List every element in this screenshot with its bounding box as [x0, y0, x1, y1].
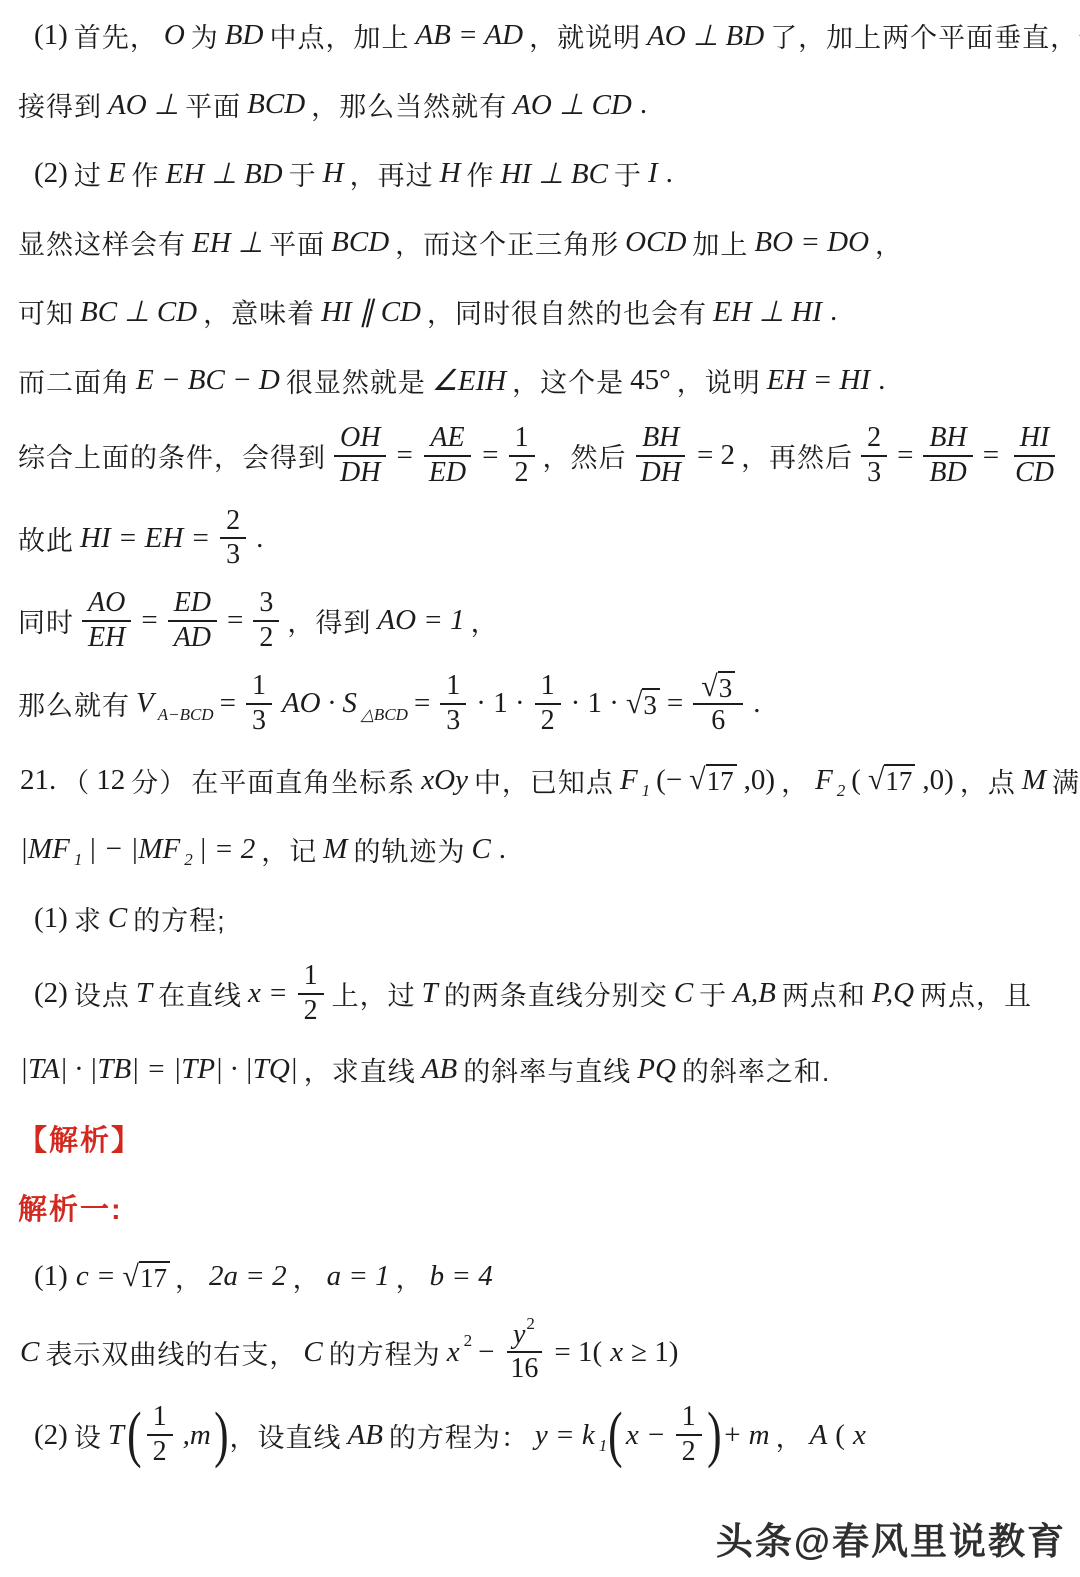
line-proof-2d: 而二面角E − BC − D很显然就是∠EIH，这个是45°，说明EH = HI… — [16, 353, 1060, 407]
math-segment: I — [648, 157, 658, 190]
text-segment: 的轨迹为 — [353, 830, 465, 869]
math-segment: m — [749, 1419, 770, 1452]
math-segment: 2a = 2 — [209, 1260, 287, 1293]
math-segment: |MF — [20, 833, 70, 866]
math-segment: T — [422, 977, 438, 1010]
math-segment: a = 1 — [327, 1260, 390, 1293]
line-proof-2g: 同时AOEH=EDAD=32，得到AO = 1， — [16, 587, 1060, 655]
radical-sign-icon: √ — [689, 764, 705, 796]
math-segment: 1 — [153, 1402, 167, 1433]
text-segment: 为 — [191, 16, 219, 55]
line-proof-1a: (1)首先，O为BD中点，加上AB = AD，就说明AO ⊥ BD了，加上两个平… — [16, 8, 1060, 62]
math-segment: HI = EH = — [80, 522, 210, 555]
math-segment: OH — [340, 423, 380, 454]
fraction-denominator: 2 — [509, 457, 535, 490]
math-segment: 2 — [541, 706, 555, 737]
math-subscript: 1 — [642, 781, 651, 801]
fraction-numerator: HI — [1014, 422, 1056, 457]
text-segment: 的斜率之和. — [682, 1050, 831, 1089]
text-segment: 故此 — [18, 519, 74, 558]
math-segment: DH — [641, 458, 681, 489]
math-segment: 1 — [446, 671, 460, 702]
big-paren: ( — [608, 1409, 622, 1462]
fraction-numerator: 3 — [253, 587, 279, 622]
text-segment: 中，已知点 — [474, 761, 614, 800]
math-segment: (1) — [34, 902, 68, 935]
text-segment: 【解析】 — [18, 1118, 142, 1159]
text-segment: 的方程; — [133, 899, 226, 938]
math-segment: BD — [929, 458, 966, 489]
fraction-denominator: 3 — [220, 539, 246, 572]
fraction-numerator: y2 — [507, 1319, 542, 1354]
text-segment: 加上 — [692, 223, 748, 262]
math-segment: . — [256, 522, 263, 555]
fraction-denominator: 6 — [705, 705, 731, 738]
fraction-numerator: √3 — [693, 670, 743, 706]
math-segment: . — [640, 88, 647, 121]
math-segment: 3 — [867, 458, 881, 489]
math-segment: AD — [174, 623, 211, 654]
text-segment: 平面 — [185, 85, 241, 124]
math-segment: 2 — [259, 623, 273, 654]
text-segment: 解析一: — [18, 1187, 123, 1228]
math-segment: T — [108, 1419, 124, 1452]
text-segment: 表示双曲线的右支， — [45, 1333, 297, 1372]
math-segment: . — [830, 295, 837, 328]
text-segment: 同时 — [18, 601, 74, 640]
math-segment: xOy — [421, 764, 468, 797]
math-segment: ≥ 1) — [631, 1336, 678, 1369]
text-segment: 的斜率与直线 — [463, 1050, 631, 1089]
text-segment: 首先， — [74, 16, 158, 55]
text-segment: 了，加上两个平面垂直，会直 — [770, 16, 1080, 55]
line-proof-2h: 那么就有VA−BCD=13AO · S△BCD=13· 1 ·12· 1 ·√3… — [16, 670, 1060, 738]
fraction: OHDH — [334, 422, 386, 490]
radical-sign-icon: √ — [123, 1261, 139, 1293]
math-segment: OCD — [625, 226, 686, 259]
fraction: 12 — [535, 670, 561, 738]
math-segment: 45° — [630, 364, 671, 397]
math-segment: F — [815, 764, 833, 797]
watermark: 头条@春风里说教育 — [716, 1511, 1066, 1565]
math-segment: = — [220, 687, 236, 720]
math-segment: BC ⊥ CD — [80, 294, 197, 329]
math-segment: 3 — [259, 588, 273, 619]
math-segment: y = k — [535, 1419, 595, 1452]
math-segment: · 1 · — [476, 687, 524, 720]
text-segment: ，再然后 — [741, 436, 853, 475]
math-segment: AO · S — [282, 687, 357, 720]
math-segment: 2 — [304, 996, 318, 1027]
text-segment: 的方程为 — [329, 1333, 441, 1372]
math-segment: 1 — [304, 961, 318, 992]
fraction-denominator: 2 — [253, 622, 279, 655]
math-segment: BD — [225, 19, 264, 52]
line-q21-part1: (1)求C的方程; — [16, 891, 1060, 945]
text-segment: ，这个是 — [512, 361, 624, 400]
math-segment: 2 — [682, 1437, 696, 1468]
math-segment: M — [323, 833, 347, 866]
fraction-numerator: 2 — [220, 505, 246, 540]
text-segment: 于 — [289, 154, 317, 193]
line-q21-part2a: (2)设点T在直线x =12上，过T的两条直线分别交C于A,B两点和P,Q两点，… — [16, 960, 1060, 1028]
math-segment: 3 — [446, 706, 460, 737]
math-segment: 12 — [96, 764, 125, 797]
fraction: 13 — [440, 670, 466, 738]
text-segment: 作 — [132, 154, 160, 193]
math-segment: H — [323, 157, 344, 190]
text-segment: ，点 — [960, 761, 1016, 800]
text-segment: 在直线 — [158, 974, 242, 1013]
fraction: EDAD — [168, 587, 217, 655]
math-segment: x — [447, 1336, 460, 1369]
math-segment: ED — [174, 588, 211, 619]
fraction: AOEH — [82, 587, 131, 655]
text-segment: 那么就有 — [18, 684, 130, 723]
math-subscript: 2 — [184, 850, 193, 870]
math-segment: 2 — [226, 506, 240, 537]
math-segment: C — [303, 1336, 322, 1369]
math-segment: 2 — [153, 1437, 167, 1468]
fraction-numerator: AO — [82, 587, 131, 622]
fraction-numerator: BH — [636, 422, 685, 457]
math-segment: AB — [347, 1419, 382, 1452]
fraction-numerator: 1 — [676, 1401, 702, 1436]
math-segment: · 1 · — [571, 687, 619, 720]
radicand: 17 — [884, 764, 915, 795]
math-segment: AO = 1 — [377, 604, 464, 637]
math-segment: = 1( — [554, 1336, 602, 1369]
math-segment: (2) — [34, 977, 68, 1010]
fraction-numerator: AE — [424, 422, 470, 457]
math-segment: E − BC − D — [136, 364, 280, 397]
math-segment: BO = DO — [754, 226, 869, 259]
math-segment: C — [108, 902, 127, 935]
line-q21-stem-a: 21.（12分）在平面直角坐标系xOy中，已知点F1(−√17,0)，F2(√1… — [16, 753, 1060, 807]
math-segment: . — [878, 364, 885, 397]
text-segment: ，得到 — [287, 601, 371, 640]
math-segment: 2 — [867, 423, 881, 454]
fraction-denominator: DH — [635, 457, 687, 490]
text-segment: 很显然就是 — [286, 361, 426, 400]
fraction-denominator: 16 — [504, 1353, 544, 1386]
math-segment: V — [136, 687, 154, 720]
math-segment: ,0) — [744, 764, 775, 797]
math-segment: A — [810, 1419, 828, 1452]
text-segment: ， — [875, 223, 903, 262]
math-segment: (− — [656, 764, 682, 797]
radicand: 3 — [718, 671, 736, 702]
math-segment: (1) — [34, 19, 68, 52]
fraction-numerator: ED — [168, 587, 217, 622]
text-segment: 而二面角 — [18, 361, 130, 400]
line-analysis-header: 【解析】 — [16, 1112, 1060, 1166]
fraction: BHBD — [923, 422, 972, 490]
line-proof-1b: 接得到AO ⊥平面BCD，那么当然就有AO ⊥ CD. — [16, 77, 1060, 131]
radicand: 3 — [642, 688, 660, 719]
fraction-numerator: OH — [334, 422, 386, 457]
math-segment: = — [141, 604, 157, 637]
sqrt-radical: √3 — [701, 671, 735, 703]
math-segment: EH — [88, 623, 125, 654]
line-proof-2e: 综合上面的条件，会得到OHDH=AEED=12，然后BHDH= 2，再然后23=… — [16, 422, 1060, 490]
math-segment: 6 — [711, 706, 725, 737]
text-segment: 设 — [74, 1416, 102, 1455]
fraction-denominator: DH — [334, 457, 386, 490]
fraction-denominator: CD — [1009, 457, 1060, 490]
math-segment: HI ⊥ BC — [501, 156, 608, 191]
math-segment: b = 4 — [430, 1260, 493, 1293]
text-segment: 平面 — [269, 223, 325, 262]
line-q21-stem-b: |MF1| − |MF2| = 2，记M的轨迹为C. — [16, 822, 1060, 876]
text-segment: 的两条直线分别交 — [444, 974, 668, 1013]
text-segment: ，而这个正三角形 — [395, 223, 619, 262]
math-segment: EH = HI — [767, 364, 870, 397]
math-segment: ED — [429, 458, 466, 489]
radicand: 17 — [139, 1261, 170, 1292]
math-subscript: 1 — [599, 1436, 608, 1456]
line-analysis-one: 解析一: — [16, 1181, 1060, 1235]
text-segment: ，求直线 — [304, 1050, 416, 1089]
math-segment: x − — [626, 1419, 666, 1452]
math-segment: AO — [88, 588, 125, 619]
sqrt-radical: √17 — [689, 764, 736, 796]
fraction-denominator: 3 — [861, 457, 887, 490]
math-segment: BCD — [331, 226, 389, 259]
math-subscript: A−BCD — [158, 705, 214, 725]
fraction-denominator: 2 — [298, 995, 324, 1028]
fraction-denominator: 2 — [676, 1436, 702, 1469]
math-segment: BH — [642, 423, 679, 454]
fraction-denominator: 3 — [440, 705, 466, 738]
math-segment: 16 — [510, 1354, 538, 1385]
math-segment: M — [1022, 764, 1046, 797]
math-segment: CD — [1015, 458, 1054, 489]
math-segment: y — [513, 1320, 525, 1351]
math-segment: 1 — [541, 671, 555, 702]
fraction: 12 — [509, 422, 535, 490]
text-segment: 中点，加上 — [269, 16, 409, 55]
text-segment: 显然这样会有 — [18, 223, 186, 262]
math-segment: . — [666, 157, 673, 190]
fraction-numerator: 1 — [440, 670, 466, 705]
math-segment: = — [897, 439, 913, 472]
math-segment: DH — [340, 458, 380, 489]
math-segment: + — [724, 1419, 740, 1452]
text-segment: ，设直线 — [229, 1416, 341, 1455]
math-segment: = — [227, 604, 243, 637]
math-segment: AO ⊥ BD — [647, 18, 764, 53]
line-proof-2c: 可知BC ⊥ CD，意味着HI ∥ CD，同时很自然的也会有EH ⊥ HI. — [16, 284, 1060, 338]
math-segment: C — [471, 833, 490, 866]
math-segment: x = — [248, 977, 288, 1010]
radical-sign-icon: √ — [701, 671, 717, 703]
math-subscript: △BCD — [361, 705, 408, 725]
fraction: AEED — [423, 422, 472, 490]
text-segment: 的方程为： — [389, 1416, 529, 1455]
fraction-denominator: 3 — [246, 705, 272, 738]
fraction: 12 — [676, 1401, 702, 1469]
text-segment: ，再过 — [350, 154, 434, 193]
text-segment: ， — [396, 1257, 424, 1296]
big-paren: ) — [214, 1409, 228, 1462]
text-segment: 上，过 — [332, 974, 416, 1013]
fraction-numerator: 1 — [147, 1401, 173, 1436]
math-segment: AB = AD — [415, 19, 523, 52]
math-segment: HI — [1020, 423, 1050, 454]
radical-sign-icon: √ — [626, 688, 642, 720]
math-segment: EH ⊥ BD — [166, 156, 283, 191]
fraction: 12 — [298, 960, 324, 1028]
text-segment: ， — [293, 1257, 321, 1296]
text-segment: 两点，且 — [920, 974, 1032, 1013]
text-segment: 满足 — [1052, 761, 1080, 800]
sqrt-radical: √17 — [123, 1261, 170, 1293]
math-segment: − — [478, 1336, 494, 1369]
big-paren: ) — [707, 1409, 721, 1462]
fraction: HICD — [1009, 422, 1060, 490]
math-segment: A,B — [733, 977, 776, 1010]
math-segment: T — [136, 977, 152, 1010]
math-segment: (1) — [34, 1260, 68, 1293]
math-segment: (2) — [34, 157, 68, 190]
math-segment: c = — [76, 1260, 116, 1293]
math-segment: ( — [835, 1419, 845, 1452]
text-segment: ，同时很自然的也会有 — [427, 292, 707, 331]
text-segment: 于 — [699, 974, 727, 1013]
math-segment: . — [753, 687, 760, 720]
math-segment: = 2 — [697, 439, 735, 472]
line-sol-2: (2)设T(12,m)，设直线AB的方程为：y = k1(x −12)+m，A(… — [16, 1401, 1060, 1469]
math-subscript: 1 — [74, 850, 83, 870]
math-segment: |TA| · |TB| = |TP| · |TQ| — [20, 1053, 298, 1086]
math-segment: AE — [430, 423, 464, 454]
math-segment: C — [20, 1336, 39, 1369]
text-segment: （ — [62, 761, 90, 800]
math-segment: H — [440, 157, 461, 190]
math-segment: ,m — [183, 1419, 211, 1452]
text-segment: 可知 — [18, 292, 74, 331]
math-segment: = — [396, 439, 412, 472]
math-segment: (2) — [34, 1419, 68, 1452]
math-segment: | = 2 — [199, 833, 256, 866]
math-segment: = — [983, 439, 999, 472]
text-segment: 在平面直角坐标系 — [191, 761, 415, 800]
math-segment: O — [164, 19, 185, 52]
line-sol-1: (1)c =√17，2a = 2，a = 1，b = 4 — [16, 1250, 1060, 1304]
text-segment: ，意味着 — [203, 292, 315, 331]
big-paren: ( — [127, 1409, 141, 1462]
math-subscript: 2 — [837, 781, 846, 801]
math-segment: | − |MF — [88, 833, 180, 866]
text-segment: 设点 — [74, 974, 130, 1013]
fraction-denominator: 2 — [535, 705, 561, 738]
document-body: (1)首先，O为BD中点，加上AB = AD，就说明AO ⊥ BD了，加上两个平… — [0, 0, 1080, 1469]
math-segment: 2 — [515, 458, 529, 489]
math-segment: . — [499, 833, 506, 866]
fraction-denominator: AD — [168, 622, 217, 655]
sqrt-radical: √17 — [868, 764, 915, 796]
fraction: 23 — [220, 505, 246, 573]
math-segment: 1 — [252, 671, 266, 702]
math-segment: = — [482, 439, 498, 472]
line-proof-2b: 显然这样会有EH ⊥平面BCD，而这个正三角形OCD加上BO = DO， — [16, 215, 1060, 269]
math-segment: AO ⊥ — [108, 87, 179, 122]
math-segment: ∠EIH — [432, 363, 506, 398]
fraction-denominator: 2 — [147, 1436, 173, 1469]
math-superscript: 2 — [526, 1315, 535, 1334]
math-segment: F — [620, 764, 638, 797]
text-segment: 分） — [131, 761, 187, 800]
math-segment: E — [108, 157, 126, 190]
sqrt-radical: √3 — [626, 688, 660, 720]
fraction: √36 — [693, 670, 743, 738]
text-segment: ，然后 — [543, 436, 627, 475]
math-segment: PQ — [637, 1053, 676, 1086]
text-segment: 求 — [74, 899, 102, 938]
fraction-numerator: 1 — [246, 670, 272, 705]
fraction: 32 — [253, 587, 279, 655]
text-segment: 于 — [614, 154, 642, 193]
fraction-numerator: 1 — [509, 422, 535, 457]
math-segment: 3 — [226, 540, 240, 571]
math-segment: 3 — [252, 706, 266, 737]
fraction: 13 — [246, 670, 272, 738]
fraction-numerator: BH — [923, 422, 972, 457]
text-segment: ，说明 — [677, 361, 761, 400]
math-segment: HI ∥ CD — [321, 294, 421, 329]
text-segment: 两点和 — [782, 974, 866, 1013]
math-superscript: 2 — [464, 1331, 473, 1351]
fraction-denominator: EH — [82, 622, 131, 655]
text-segment: 综合上面的条件，会得到 — [18, 436, 326, 475]
text-segment: ， — [175, 1257, 203, 1296]
fraction-denominator: ED — [423, 457, 472, 490]
fraction: y216 — [504, 1319, 544, 1387]
math-segment: x — [610, 1336, 623, 1369]
line-proof-2a: (2)过E作EH ⊥ BD于H，再过H作HI ⊥ BC于I. — [16, 146, 1060, 200]
fraction-numerator: 2 — [861, 422, 887, 457]
math-segment: C — [674, 977, 693, 1010]
fraction: BHDH — [635, 422, 687, 490]
math-segment: AO ⊥ CD — [513, 87, 632, 122]
text-segment: ， — [776, 1416, 804, 1455]
math-segment: = — [414, 687, 430, 720]
math-segment: BH — [929, 423, 966, 454]
math-segment: P,Q — [872, 977, 914, 1010]
math-segment: EH ⊥ — [192, 225, 263, 260]
line-q21-part2b: |TA| · |TB| = |TP| · |TQ|，求直线AB的斜率与直线PQ的… — [16, 1043, 1060, 1097]
math-segment: AB — [422, 1053, 457, 1086]
text-segment: ，就说明 — [529, 16, 641, 55]
radical-sign-icon: √ — [868, 764, 884, 796]
text-segment: 作 — [467, 154, 495, 193]
text-segment: ，那么当然就有 — [311, 85, 507, 124]
text-segment: ， — [781, 761, 809, 800]
fraction-numerator: 1 — [535, 670, 561, 705]
math-segment: EH ⊥ HI — [713, 294, 822, 329]
text-segment: 过 — [74, 154, 102, 193]
radicand: 17 — [706, 764, 737, 795]
math-segment: 1 — [682, 1402, 696, 1433]
text-segment: 接得到 — [18, 85, 102, 124]
math-segment: x — [853, 1419, 866, 1452]
fraction-numerator: 1 — [298, 960, 324, 995]
math-segment: 1 — [515, 423, 529, 454]
text-segment: ， — [471, 601, 499, 640]
line-proof-2f: 故此HI = EH =23. — [16, 505, 1060, 573]
fraction: 23 — [861, 422, 887, 490]
